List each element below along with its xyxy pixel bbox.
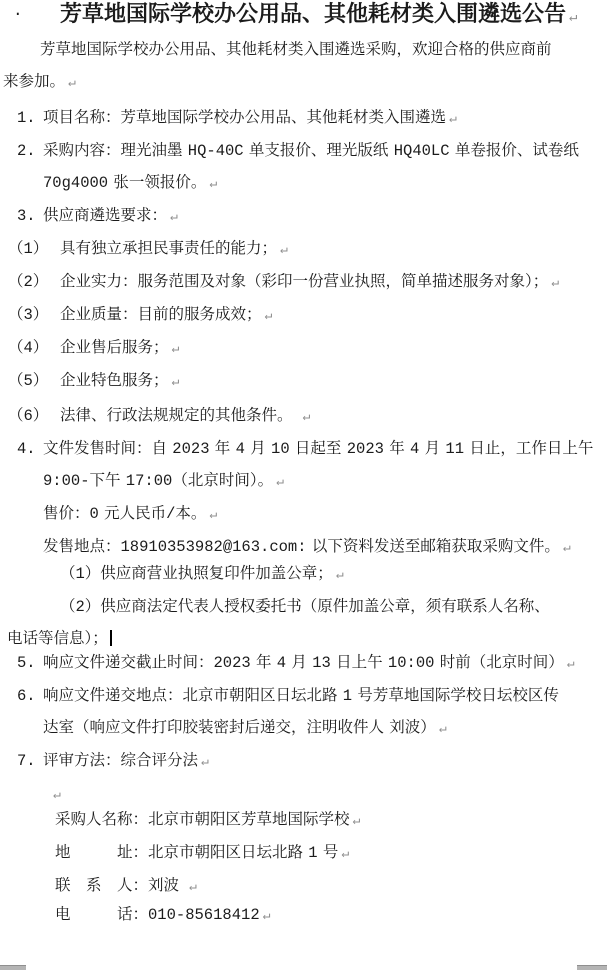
line-text: 项目名称：芳草地国际学校办公用品、其他耗材类入围遴选 [43,109,446,127]
line-text: 70g4000 张一领报价。 [43,174,206,192]
item-7-evaluation-method: 7.评审方法：综合评分法↵ [0,745,607,778]
page-edge-marker-left [0,965,26,970]
paragraph-mark-icon: ↵ [172,374,180,389]
line-text: 采购人名称：北京市朝阳区芳草地国际学校 [55,811,350,829]
line-text: 企业实力：服务范围及对象（彩印一份营业执照，简单描述服务对象）； [60,273,548,291]
item-6-continuation: 达室（响应文件打印胶装密封后递交，注明收件人 刘波）↵ [0,712,607,745]
purchaser-address-line: 地 址：北京市朝阳区日坛北路 1 号↵ [0,837,607,870]
paragraph-mark-icon: ↵ [172,341,180,356]
paragraph-mark-icon: ↵ [276,474,284,489]
line-text: 来参加。 [3,73,65,91]
line-text: 采购内容：理光油墨 HQ-40C 单支报价、理光版纸 HQ40LC 单卷报价、试… [43,142,579,160]
list-marker: （6） [8,400,48,432]
intro-line-2: 来参加。↵ [0,66,607,99]
line-text: 达室（响应文件打印胶装密封后递交，注明收件人 刘波） [43,719,436,737]
list-marker: 6. [17,680,36,712]
item-2-procurement-content: 2.采购内容：理光油墨 HQ-40C 单支报价、理光版纸 HQ40LC 单卷报价… [0,135,607,167]
line-text: 供应商遴选要求： [43,207,167,225]
line-text: （1）供应商营业执照复印件加盖公章； [60,565,333,583]
paragraph-mark-icon: ↵ [68,75,76,90]
requirement-2: （2）企业实力：服务范围及对象（彩印一份营业执照，简单描述服务对象）；↵ [0,266,607,299]
purchaser-name-line: 采购人名称：北京市朝阳区芳草地国际学校↵ [0,804,607,837]
line-text: 地 址：北京市朝阳区日坛北路 1 号 [55,844,338,862]
document-page[interactable]: ·芳草地国际学校办公用品、其他耗材类入围遴选公告↵ 芳草地国际学校办公用品、其他… [0,0,607,973]
paragraph-mark-icon: ↵ [209,176,217,191]
paragraph-mark-icon: ↵ [265,308,273,323]
paragraph-mark-icon: ↵ [201,754,209,769]
paragraph-mark-icon: ↵ [170,209,178,224]
paragraph-mark-icon: ↵ [449,111,457,126]
item-2-continuation: 70g4000 张一领报价。↵ [0,167,607,200]
line-text: 售价：0 元人民币/本。 [43,505,206,523]
requirement-5: （5）企业特色服务；↵ [0,365,607,398]
paragraph-mark-icon: ↵ [439,721,447,736]
paragraph-mark-icon: ↵ [336,567,344,582]
line-text: 响应文件递交地点：北京市朝阳区日坛北路 1 号芳草地国际学校日坛校区传 [43,687,559,705]
list-marker: （4） [8,332,48,364]
paragraph-mark-icon: ↵ [280,242,288,257]
requirement-3: （3）企业质量：目前的服务成效；↵ [0,299,607,332]
paragraph-mark-icon: ↵ [189,879,197,894]
paragraph-mark-icon: ↵ [563,540,571,555]
title-bullet-icon: · [13,0,23,30]
list-marker: （3） [8,299,48,331]
list-marker: 5. [17,647,36,679]
line-text: 法律、行政法规规定的其他条件。 [60,407,293,425]
material-2-line: （2）供应商法定代表人授权委托书（原件加盖公章，须有联系人名称、 [0,591,607,623]
paragraph-mark-icon: ↵ [209,507,217,522]
paragraph-mark-icon: ↵ [303,409,311,424]
line-text: 电话等信息）； [7,630,108,648]
line-text: 企业特色服务； [60,372,169,390]
material-1-line: （1）供应商营业执照复印件加盖公章；↵ [0,558,607,591]
item-4-continuation: 9:00-下午 17:00（北京时间）。↵ [0,465,607,498]
line-text: 发售地点：18910353982@163.com: 以下资料发送至邮箱获取采购文… [43,538,560,556]
paragraph-mark-icon: ↵ [551,275,559,290]
line-text: 企业售后服务； [60,339,169,357]
paragraph-mark-icon: ↵ [341,846,349,861]
contact-phone-line: 电 话：010-85618412↵ [0,899,607,932]
item-4-sale-time: 4.文件发售时间：自 2023 年 4 月 10 日起至 2023 年 4 月 … [0,433,607,465]
list-marker: （5） [8,365,48,397]
page-title: 芳草地国际学校办公用品、其他耗材类入围遴选公告 [60,3,566,28]
list-marker: （2） [8,266,48,298]
list-marker: 3. [17,200,36,232]
line-text: 联 系 人：刘波 [55,877,179,895]
line-text: 响应文件递交截止时间：2023 年 4 月 13 日上午 10:00 时前（北京… [43,654,564,672]
item-3-supplier-requirements: 3.供应商遴选要求：↵ [0,200,607,233]
line-text: 9:00-下午 17:00（北京时间）。 [43,472,273,490]
paragraph-mark-icon: ↵ [353,813,361,828]
line-text: （2）供应商法定代表人授权委托书（原件加盖公章，须有联系人名称、 [60,598,550,616]
line-text: 电 话：010-85618412 [55,906,260,924]
line-text: 企业质量：目前的服务成效； [60,306,262,324]
requirement-4: （4）企业售后服务；↵ [0,332,607,365]
list-marker: 2. [17,135,36,167]
item-6-delivery-address: 6.响应文件递交地点：北京市朝阳区日坛北路 1 号芳草地国际学校日坛校区传 [0,680,607,712]
requirement-1: （1）具有独立承担民事责任的能力；↵ [0,233,607,266]
intro-line-1: 芳草地国际学校办公用品、其他耗材类入围遴选采购，欢迎合格的供应商前 [0,34,607,66]
line-text: 具有独立承担民事责任的能力； [60,240,277,258]
item-5-deadline: 5.响应文件递交截止时间：2023 年 4 月 13 日上午 10:00 时前（… [0,647,607,680]
line-text: 评审方法：综合评分法 [43,752,198,770]
requirement-6: （6）法律、行政法规规定的其他条件。↵ [0,400,607,433]
title-line: ·芳草地国际学校办公用品、其他耗材类入围遴选公告↵ [0,0,607,34]
text-cursor [110,630,112,646]
paragraph-mark-icon: ↵ [567,656,575,671]
list-marker: 4. [17,433,36,465]
page-edge-marker-right [577,965,607,970]
paragraph-mark-icon: ↵ [569,10,577,26]
item-1-project-name: 1.项目名称：芳草地国际学校办公用品、其他耗材类入围遴选↵ [0,102,607,135]
list-marker: 1. [17,102,36,134]
paragraph-mark-icon: ↵ [53,787,61,802]
paragraph-mark-icon: ↵ [263,908,271,923]
list-marker: （1） [8,233,48,265]
sale-price-line: 售价：0 元人民币/本。↵ [0,498,607,531]
line-text: 文件发售时间：自 2023 年 4 月 10 日起至 2023 年 4 月 11… [43,440,593,458]
list-marker: 7. [17,745,36,777]
line-text: 芳草地国际学校办公用品、其他耗材类入围遴选采购，欢迎合格的供应商前 [40,41,552,59]
